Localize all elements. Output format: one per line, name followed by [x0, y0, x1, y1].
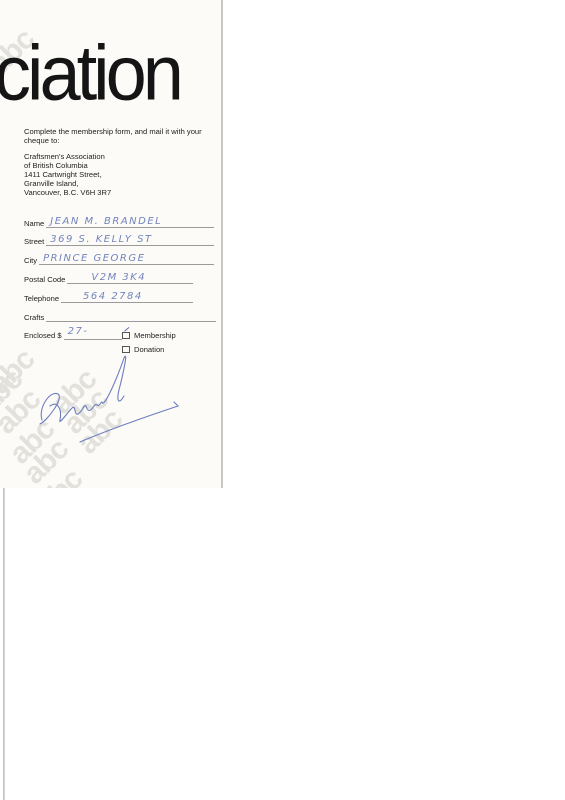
membership-card: abc abc abc abc abc abc abc abc abc abc …	[0, 0, 223, 488]
address-line: of British Columbia	[24, 161, 111, 170]
name-line[interactable]: JEAN M. BRANDEL	[46, 215, 214, 228]
handwritten-renewal-note	[28, 350, 188, 450]
enclosed-amount-field[interactable]: Enclosed $ 27-	[24, 328, 122, 340]
postal-code-line[interactable]: V2M 3K4	[67, 271, 193, 284]
address-line: 1411 Cartwright Street,	[24, 170, 111, 179]
street-line[interactable]: 369 S. KELLY ST	[46, 233, 214, 246]
address-line: Craftsmen's Association	[24, 152, 111, 161]
city-line[interactable]: PRINCE GEORGE	[39, 252, 214, 265]
intro-text: Complete the membership form, and mail i…	[24, 127, 214, 145]
street-label: Street	[24, 237, 44, 246]
crafts-field[interactable]: Crafts	[24, 310, 216, 322]
mailing-address: Craftsmen's Association of British Colum…	[24, 152, 111, 197]
crafts-line[interactable]	[46, 309, 216, 322]
street-field[interactable]: Street 369 S. KELLY ST	[24, 234, 214, 246]
scan-edge	[3, 488, 5, 800]
telephone-value: 564 2784	[83, 291, 143, 302]
city-label: City	[24, 256, 37, 265]
street-value: 369 S. KELLY ST	[50, 234, 152, 245]
name-label: Name	[24, 219, 44, 228]
postal-code-label: Postal Code	[24, 275, 65, 284]
enclosed-value: 27-	[68, 326, 89, 337]
telephone-field[interactable]: Telephone 564 2784	[24, 291, 193, 303]
membership-checkbox[interactable]	[122, 332, 130, 339]
postal-code-field[interactable]: Postal Code V2M 3K4	[24, 272, 193, 284]
enclosed-line[interactable]: 27-	[64, 327, 122, 340]
address-line: Granville Island,	[24, 179, 111, 188]
crafts-label: Crafts	[24, 313, 44, 322]
postal-code-value: V2M 3K4	[91, 272, 146, 283]
telephone-label: Telephone	[24, 294, 59, 303]
name-value: JEAN M. BRANDEL	[50, 216, 162, 227]
membership-label: Membership	[134, 331, 176, 340]
membership-option[interactable]: Membership	[122, 331, 176, 340]
city-value: PRINCE GEORGE	[43, 253, 145, 264]
telephone-line[interactable]: 564 2784	[61, 290, 193, 303]
city-field[interactable]: City PRINCE GEORGE	[24, 253, 214, 265]
name-field[interactable]: Name JEAN M. BRANDEL	[24, 216, 214, 228]
association-title: ciation	[0, 34, 180, 112]
enclosed-label: Enclosed $	[24, 331, 62, 340]
address-line: Vancouver, B.C. V6H 3R7	[24, 188, 111, 197]
